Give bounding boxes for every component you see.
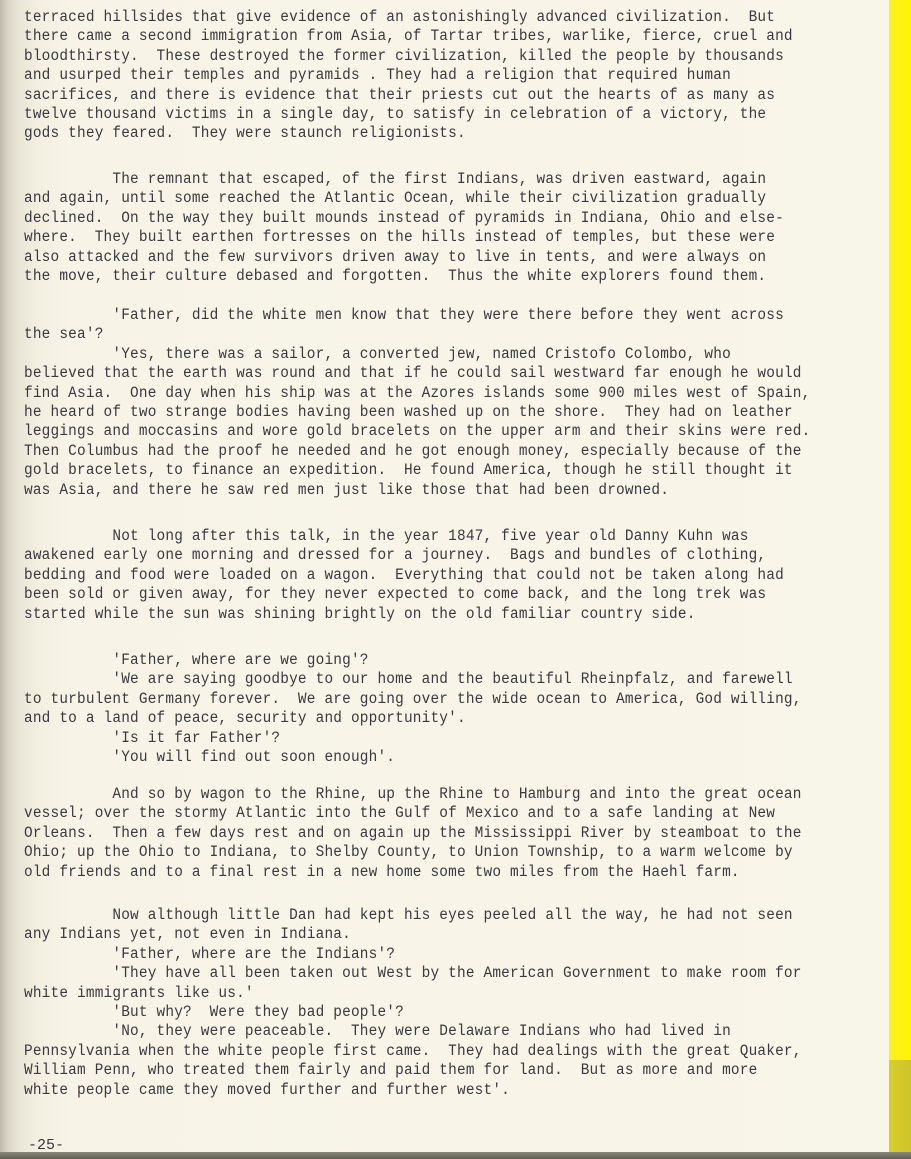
text-line: Then Columbus had the proof he needed an… (24, 442, 802, 460)
text-line: 'Yes, there was a sailor, a converted je… (24, 345, 731, 363)
text-line: bedding and food were loaded on a wagon.… (24, 566, 784, 584)
text-line: he heard of two strange bodies having be… (24, 403, 793, 421)
text-line: And so by wagon to the Rhine, up the Rhi… (24, 785, 802, 803)
text-line: believed that the earth was round and th… (24, 364, 802, 382)
text-line: Not long after this talk, in the year 18… (24, 527, 749, 545)
text-line: 'You will find out soon enough'. (24, 748, 395, 766)
text-line: 'Father, did the white men know that the… (24, 306, 784, 324)
text-line: bloodthirsty. These destroyed the former… (24, 47, 784, 65)
text-line: the move, their culture debased and forg… (24, 267, 766, 285)
text-line: started while the sun was shining bright… (24, 605, 696, 623)
text-line: there came a second immigration from Asi… (24, 27, 793, 45)
text-line: 'But why? Were they bad people'? (24, 1003, 404, 1021)
text-line: to turbulent Germany forever. We are goi… (24, 690, 802, 708)
text-line: white immigrants like us.' (24, 984, 254, 1002)
text-line: 'No, they were peaceable. They were Dela… (24, 1022, 731, 1040)
yellow-strip-shadow (889, 1060, 911, 1159)
text-line: also attacked and the few survivors driv… (24, 248, 766, 266)
text-line: and to a land of peace, security and opp… (24, 709, 466, 727)
text-line: the sea'? (24, 325, 104, 343)
text-line: any Indians yet, not even in Indiana. (24, 925, 351, 943)
text-line: Pennsylvania when the white people first… (24, 1042, 802, 1060)
text-line: twelve thousand victims in a single day,… (24, 105, 766, 123)
text-line: was Asia, and there he saw red men just … (24, 481, 669, 499)
text-line: find Asia. One day when his ship was at … (24, 384, 810, 402)
text-line: Ohio; up the Ohio to Indiana, to Shelby … (24, 843, 793, 861)
text-line: William Penn, who treated them fairly an… (24, 1061, 757, 1079)
text-line: gods they feared. They were staunch reli… (24, 124, 466, 142)
text-line: awakened early one morning and dressed f… (24, 546, 766, 564)
page-number: -25- (28, 1137, 64, 1154)
text-line: where. They built earthen fortresses on … (24, 228, 775, 246)
text-line: vessel; over the stormy Atlantic into th… (24, 804, 775, 822)
text-line: 'They have all been taken out West by th… (24, 964, 802, 982)
text-line: sacrifices, and there is evidence that t… (24, 86, 775, 104)
text-line: terraced hillsides that give evidence of… (24, 8, 775, 26)
text-line: 'Father, where are the Indians'? (24, 945, 395, 963)
text-line: Orleans. Then a few days rest and on aga… (24, 824, 802, 842)
text-line: old friends and to a final rest in a new… (24, 863, 740, 881)
text-line: been sold or given away, for they never … (24, 585, 766, 603)
text-line: and usurped their temples and pyramids .… (24, 66, 731, 84)
text-line: Now although little Dan had kept his eye… (24, 906, 793, 924)
text-line: gold bracelets, to finance an expedition… (24, 461, 793, 479)
yellow-margin-strip (889, 0, 911, 1159)
text-line: 'Father, where are we going'? (24, 651, 369, 669)
text-line: white people came they moved further and… (24, 1081, 510, 1099)
text-line: The remnant that escaped, of the first I… (24, 170, 766, 188)
text-line: declined. On the way they built mounds i… (24, 209, 784, 227)
text-line: 'We are saying goodbye to our home and t… (24, 670, 793, 688)
text-line: and again, until some reached the Atlant… (24, 189, 766, 207)
text-line: 'Is it far Father'? (24, 729, 280, 747)
page-bottom-edge (0, 1152, 911, 1159)
text-line: leggings and moccasins and wore gold bra… (24, 422, 810, 440)
